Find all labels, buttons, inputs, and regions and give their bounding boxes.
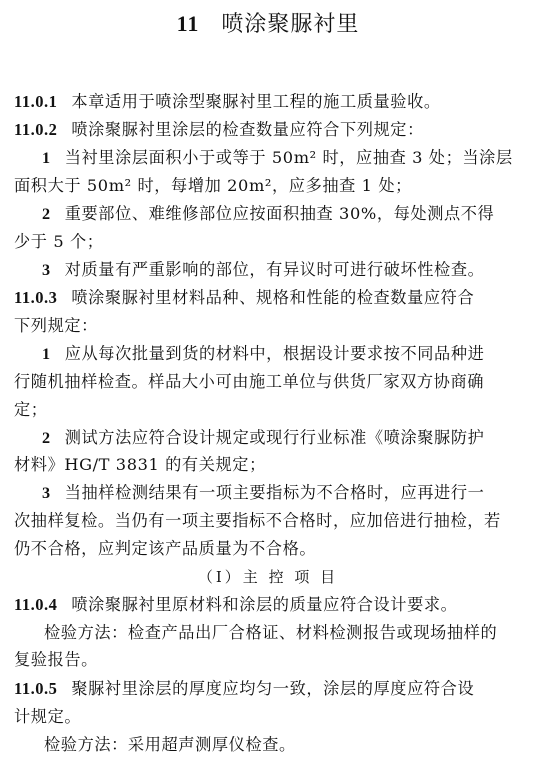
section-heading: （Ⅰ）主 控 项 目	[0, 567, 536, 587]
item-line: 3对质量有严重影响的部位，有异议时可进行破坏性检查。	[14, 260, 524, 280]
line-text: 喷涂聚脲衬里涂层的检查数量应符合下列规定：	[71, 120, 424, 139]
clause-line: 11.0.1本章适用于喷涂型聚脲衬里工程的施工质量验收。	[14, 92, 524, 112]
line-text: 材料》HG/T 3831 的有关规定；	[14, 455, 266, 474]
line-text: 本章适用于喷涂型聚脲衬里工程的施工质量验收。	[71, 92, 440, 111]
chapter-title-text: 喷涂聚脲衬里	[221, 12, 359, 37]
text-line: 材料》HG/T 3831 的有关规定；	[14, 455, 524, 475]
text-line: 检验方法：检查产品出厂合格证、材料检测报告或现场抽样的	[14, 623, 536, 643]
item-line: 2重要部位、难维修部位应按面积抽查 30%，每处测点不得	[14, 204, 524, 224]
line-text: 检验方法：检查产品出厂合格证、材料检测报告或现场抽样的	[44, 623, 497, 642]
chapter-title: 11喷涂聚脲衬里	[0, 8, 536, 41]
item-number: 2	[42, 429, 51, 447]
text-line: 行随机抽样检查。样品大小可由施工单位与供货厂家双方协商确	[14, 372, 524, 392]
text-line: 面积大于 50m² 时，每增加 20m²，应多抽查 1 处；	[14, 176, 524, 196]
clause-number: 11.0.4	[14, 595, 57, 614]
line-text: 定；	[14, 400, 48, 419]
text-line: 仍不合格，应判定该产品质量为不合格。	[14, 539, 524, 559]
item-line: 3当抽样检测结果有一项主要指标为不合格时，应再进行一	[14, 483, 524, 503]
text-line: 计规定。	[14, 707, 524, 727]
item-number: 1	[42, 149, 51, 167]
text-line: 复验报告。	[14, 650, 524, 670]
text-line: 次抽样复检。当仍有一项主要指标不合格时，应加倍进行抽检，若	[14, 511, 524, 531]
section-heading-text: （Ⅰ）主 控 项 目	[198, 568, 338, 586]
clause-number: 11.0.3	[14, 288, 57, 307]
text-line: 少于 5 个；	[14, 232, 524, 252]
item-number: 3	[42, 261, 51, 279]
line-text: 少于 5 个；	[14, 232, 104, 251]
line-text: 聚脲衬里涂层的厚度应均匀一致，涂层的厚度应符合设	[71, 679, 474, 698]
line-text: 行随机抽样检查。样品大小可由施工单位与供货厂家双方协商确	[14, 372, 484, 391]
text-line: 下列规定：	[14, 316, 524, 336]
item-line: 2测试方法应符合设计规定或现行行业标准《喷涂聚脲防护	[14, 428, 524, 448]
text-line: 检验方法：采用超声测厚仪检查。	[14, 735, 536, 755]
clause-line: 11.0.4喷涂聚脲衬里原材料和涂层的质量应符合设计要求。	[14, 595, 524, 615]
item-number: 1	[42, 345, 51, 363]
clause-line: 11.0.3喷涂聚脲衬里材料品种、规格和性能的检查数量应符合	[14, 288, 524, 308]
item-number: 3	[42, 484, 51, 502]
clause-number: 11.0.5	[14, 679, 57, 698]
clause-number: 11.0.2	[14, 120, 57, 139]
line-text: 对质量有严重影响的部位，有异议时可进行破坏性检查。	[65, 260, 485, 279]
chapter-number: 11	[177, 11, 200, 36]
line-text: 喷涂聚脲衬里原材料和涂层的质量应符合设计要求。	[71, 595, 457, 614]
clause-number: 11.0.1	[14, 92, 57, 111]
line-text: 下列规定：	[14, 316, 98, 335]
line-text: 复验报告。	[14, 650, 98, 669]
line-text: 面积大于 50m² 时，每增加 20m²，应多抽查 1 处；	[14, 176, 412, 195]
clause-line: 11.0.2喷涂聚脲衬里涂层的检查数量应符合下列规定：	[14, 120, 524, 140]
line-text: 重要部位、难维修部位应按面积抽查 30%，每处测点不得	[65, 204, 495, 223]
line-text: 应从每次批量到货的材料中，根据设计要求按不同品种进	[65, 344, 485, 363]
item-line: 1当衬里涂层面积小于或等于 50m² 时，应抽查 3 处；当涂层	[14, 148, 524, 168]
line-text: 测试方法应符合设计规定或现行行业标准《喷涂聚脲防护	[65, 428, 485, 447]
item-line: 1应从每次批量到货的材料中，根据设计要求按不同品种进	[14, 344, 524, 364]
line-text: 次抽样复检。当仍有一项主要指标不合格时，应加倍进行抽检，若	[14, 511, 501, 530]
line-text: 仍不合格，应判定该产品质量为不合格。	[14, 539, 316, 558]
line-text: 计规定。	[14, 707, 81, 726]
line-text: 检验方法：采用超声测厚仪检查。	[44, 735, 296, 754]
text-line: 定；	[14, 400, 524, 420]
line-text: 当衬里涂层面积小于或等于 50m² 时，应抽查 3 处；当涂层	[65, 148, 513, 167]
line-text: 喷涂聚脲衬里材料品种、规格和性能的检查数量应符合	[71, 288, 474, 307]
line-text: 当抽样检测结果有一项主要指标为不合格时，应再进行一	[65, 483, 485, 502]
item-number: 2	[42, 205, 51, 223]
clause-line: 11.0.5聚脲衬里涂层的厚度应均匀一致，涂层的厚度应符合设	[14, 679, 524, 699]
